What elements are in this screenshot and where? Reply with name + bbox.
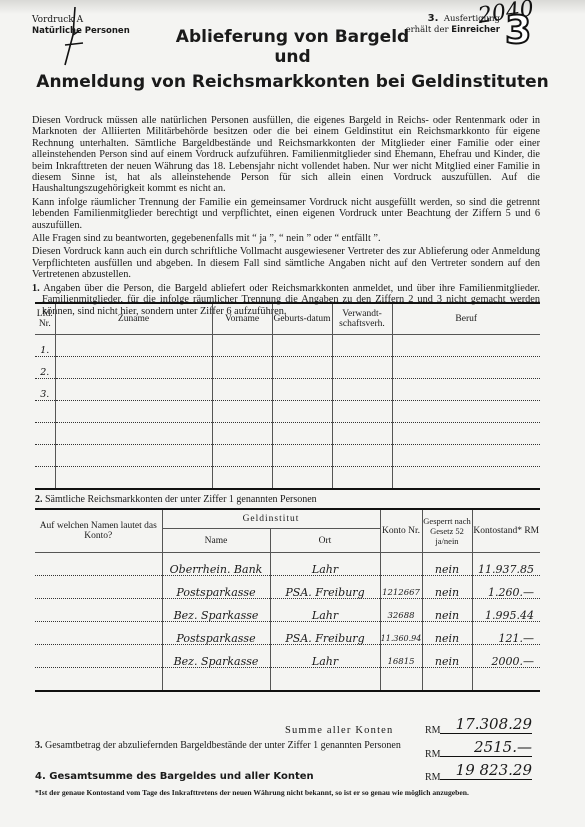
col-account-no: Konto Nr.	[380, 510, 422, 553]
col-geburtsdatum: Geburts-datum	[272, 304, 332, 335]
cell-zuname[interactable]	[55, 423, 212, 445]
cell-nr[interactable]	[35, 445, 55, 467]
table-row: Bez. SparkasseLahr32688nein1.995.44	[35, 599, 540, 622]
page-title-line2: und	[0, 47, 585, 67]
cell-geburtsdatum[interactable]	[272, 379, 332, 401]
cell-institute-place[interactable]: Lahr	[270, 553, 380, 576]
page-title-line1: Ablieferung von Bargeld	[0, 27, 585, 47]
cell-verwandtschaft[interactable]	[332, 379, 392, 401]
footnote: *Ist der genaue Kontostand vom Tage des …	[35, 788, 469, 797]
instructions-p4: Diesen Vordruck kann auch ein durch schr…	[32, 246, 540, 280]
section4-currency: RM	[425, 772, 441, 783]
table-row: 1.	[35, 335, 540, 357]
cell-geburtsdatum[interactable]	[272, 445, 332, 467]
cell-institute-place[interactable]	[270, 668, 380, 692]
table-row	[35, 401, 540, 423]
cell-geburtsdatum[interactable]	[272, 467, 332, 490]
cell-account-no[interactable]	[380, 668, 422, 692]
page-title-line3: Anmeldung von Reichsmarkkonten bei Geldi…	[0, 72, 585, 92]
cell-zuname[interactable]	[55, 357, 212, 379]
instructions-p1: Diesen Vordruck müssen alle natürlichen …	[32, 115, 540, 195]
cell-nr[interactable]: 3.	[35, 379, 55, 401]
cell-geburtsdatum[interactable]	[272, 335, 332, 357]
cell-account-no[interactable]: 1212667	[380, 576, 422, 599]
cell-beruf[interactable]	[392, 423, 540, 445]
cell-account-no[interactable]	[380, 553, 422, 576]
cell-blocked[interactable]: nein	[422, 553, 472, 576]
table-row: PostsparkassePSA. Freiburg1212667nein1.2…	[35, 576, 540, 599]
cell-beruf[interactable]	[392, 445, 540, 467]
table-row	[35, 445, 540, 467]
cell-vorname[interactable]	[212, 445, 272, 467]
section4-heading: 4. Gesamtsumme des Bargeldes und aller K…	[35, 771, 314, 782]
cell-owner[interactable]	[35, 645, 162, 668]
table-row	[35, 668, 540, 692]
cell-nr[interactable]	[35, 401, 55, 423]
cell-institute-place[interactable]: PSA. Freiburg	[270, 622, 380, 645]
col-beruf: Beruf	[392, 304, 540, 335]
cell-balance[interactable]: 1.995.44	[472, 599, 540, 622]
cell-balance[interactable]: 1.260.—	[472, 576, 540, 599]
cell-blocked[interactable]: nein	[422, 645, 472, 668]
section4-value[interactable]: 19 823.29	[440, 761, 532, 780]
section3-label: Gesamtbetrag der abzuliefernden Bargeldb…	[45, 740, 401, 751]
cell-nr[interactable]	[35, 423, 55, 445]
cell-zuname[interactable]	[55, 379, 212, 401]
instructions: Diesen Vordruck müssen alle natürlichen …	[32, 115, 540, 319]
cell-blocked[interactable]: nein	[422, 576, 472, 599]
cell-verwandtschaft[interactable]	[332, 401, 392, 423]
cell-nr[interactable]	[35, 467, 55, 490]
cell-institute-place[interactable]: PSA. Freiburg	[270, 576, 380, 599]
table-row: Bez. SparkasseLahr16815nein2000.—	[35, 645, 540, 668]
section2-heading: 2. Sämtliche Reichsmarkkonten der unter …	[35, 494, 317, 505]
cell-vorname[interactable]	[212, 357, 272, 379]
instructions-p2: Kann infolge räumlicher Trennung der Fam…	[32, 197, 540, 231]
cell-verwandtschaft[interactable]	[332, 467, 392, 490]
section2-title: Sämtliche Reichsmarkkonten der unter Zif…	[45, 494, 317, 505]
cell-institute-name[interactable]: Postsparkasse	[162, 576, 270, 599]
sum-accounts-value[interactable]: 17.308.29	[440, 715, 532, 734]
col-institute-name: Name	[162, 529, 270, 553]
cell-beruf[interactable]	[392, 357, 540, 379]
cell-owner[interactable]	[35, 599, 162, 622]
cell-beruf[interactable]	[392, 467, 540, 490]
section1-number: 1.	[32, 283, 40, 294]
persons-header-row: Lfd. Nr. Zuname Vorname Geburts-datum Ve…	[35, 304, 540, 335]
cell-nr[interactable]: 2.	[35, 357, 55, 379]
table-row: 2.	[35, 357, 540, 379]
cell-institute-name[interactable]: Oberrhein. Bank	[162, 553, 270, 576]
section4-label: Gesamtsumme des Bargeldes und aller Kont…	[49, 771, 313, 782]
copy-label: Ausfertigung	[444, 14, 500, 24]
sum-accounts-currency: RM	[425, 725, 441, 736]
cell-geburtsdatum[interactable]	[272, 357, 332, 379]
cell-vorname[interactable]	[212, 379, 272, 401]
cell-verwandtschaft[interactable]	[332, 357, 392, 379]
rule-bottom-table2	[35, 691, 540, 692]
cell-blocked[interactable]: nein	[422, 599, 472, 622]
cell-balance[interactable]: 11.937.85	[472, 553, 540, 576]
cell-account-no[interactable]: 32688	[380, 599, 422, 622]
col-account-name: Auf welchen Namen lautet das Konto?	[35, 510, 162, 553]
cell-owner[interactable]	[35, 668, 162, 692]
section3-number: 3.	[35, 740, 43, 751]
form-label: Vordruck A	[32, 15, 130, 26]
cell-owner[interactable]	[35, 553, 162, 576]
cell-blocked[interactable]	[422, 668, 472, 692]
table-row: 3.	[35, 379, 540, 401]
cell-owner[interactable]	[35, 576, 162, 599]
cell-vorname[interactable]	[212, 467, 272, 490]
section3-currency: RM	[425, 749, 441, 760]
col-lfd-nr: Lfd. Nr.	[35, 304, 55, 335]
cell-owner[interactable]	[35, 622, 162, 645]
table-row	[35, 423, 540, 445]
cell-account-no[interactable]: 11.360.94	[380, 622, 422, 645]
cell-vorname[interactable]	[212, 401, 272, 423]
col-institute-place: Ort	[270, 529, 380, 553]
cell-vorname[interactable]	[212, 423, 272, 445]
cell-verwandtschaft[interactable]	[332, 335, 392, 357]
cell-zuname[interactable]	[55, 401, 212, 423]
section3-value[interactable]: 2515.—	[440, 738, 532, 757]
cell-institute-name[interactable]: Bez. Sparkasse	[162, 645, 270, 668]
cell-beruf[interactable]	[392, 379, 540, 401]
persons-table: Lfd. Nr. Zuname Vorname Geburts-datum Ve…	[35, 304, 540, 490]
cell-account-no[interactable]: 16815	[380, 645, 422, 668]
cell-institute-name[interactable]	[162, 668, 270, 692]
sum-accounts-label: Summe aller Konten	[285, 725, 394, 736]
cell-balance[interactable]: 121.—	[472, 622, 540, 645]
col-zuname: Zuname	[55, 304, 212, 335]
col-verwandtschaft: Verwandt-schaftsverh.	[332, 304, 392, 335]
rule-bottom-table1	[35, 489, 540, 490]
section3-heading: 3. Gesamtbetrag der abzuliefernden Barge…	[35, 740, 425, 751]
table-row: PostsparkassePSA. Freiburg11.360.94nein1…	[35, 622, 540, 645]
cell-institute-place[interactable]: Lahr	[270, 599, 380, 622]
cell-verwandtschaft[interactable]	[332, 423, 392, 445]
cell-vorname[interactable]	[212, 335, 272, 357]
cell-zuname[interactable]	[55, 445, 212, 467]
cell-geburtsdatum[interactable]	[272, 401, 332, 423]
cell-institute-place[interactable]: Lahr	[270, 645, 380, 668]
accounts-table: Auf welchen Namen lautet das Konto? Geld…	[35, 510, 540, 692]
table-row	[35, 467, 540, 490]
cell-blocked[interactable]: nein	[422, 622, 472, 645]
col-blocked: Gesperrt nach Gesetz 52 ja/nein	[422, 510, 472, 553]
cell-geburtsdatum[interactable]	[272, 423, 332, 445]
cell-nr[interactable]: 1.	[35, 335, 55, 357]
cell-institute-name[interactable]: Bez. Sparkasse	[162, 599, 270, 622]
section4-number: 4.	[35, 771, 46, 782]
cell-zuname[interactable]	[55, 467, 212, 490]
accounts-header-row: Auf welchen Namen lautet das Konto? Geld…	[35, 510, 540, 529]
copy-number: 3.	[428, 13, 439, 24]
cell-balance[interactable]	[472, 668, 540, 692]
instructions-p3: Alle Fragen sind zu beantworten, gegeben…	[32, 233, 540, 244]
section2-number: 2.	[35, 494, 43, 505]
cell-verwandtschaft[interactable]	[332, 445, 392, 467]
cell-balance[interactable]: 2000.—	[472, 645, 540, 668]
table-row: Oberrhein. BankLahrnein11.937.85	[35, 553, 540, 576]
cell-beruf[interactable]	[392, 335, 540, 357]
cell-beruf[interactable]	[392, 401, 540, 423]
cell-zuname[interactable]	[55, 335, 212, 357]
col-institute: Geldinstitut	[162, 510, 380, 529]
col-vorname: Vorname	[212, 304, 272, 335]
col-balance: Kontostand* RM	[472, 510, 540, 553]
cell-institute-name[interactable]: Postsparkasse	[162, 622, 270, 645]
